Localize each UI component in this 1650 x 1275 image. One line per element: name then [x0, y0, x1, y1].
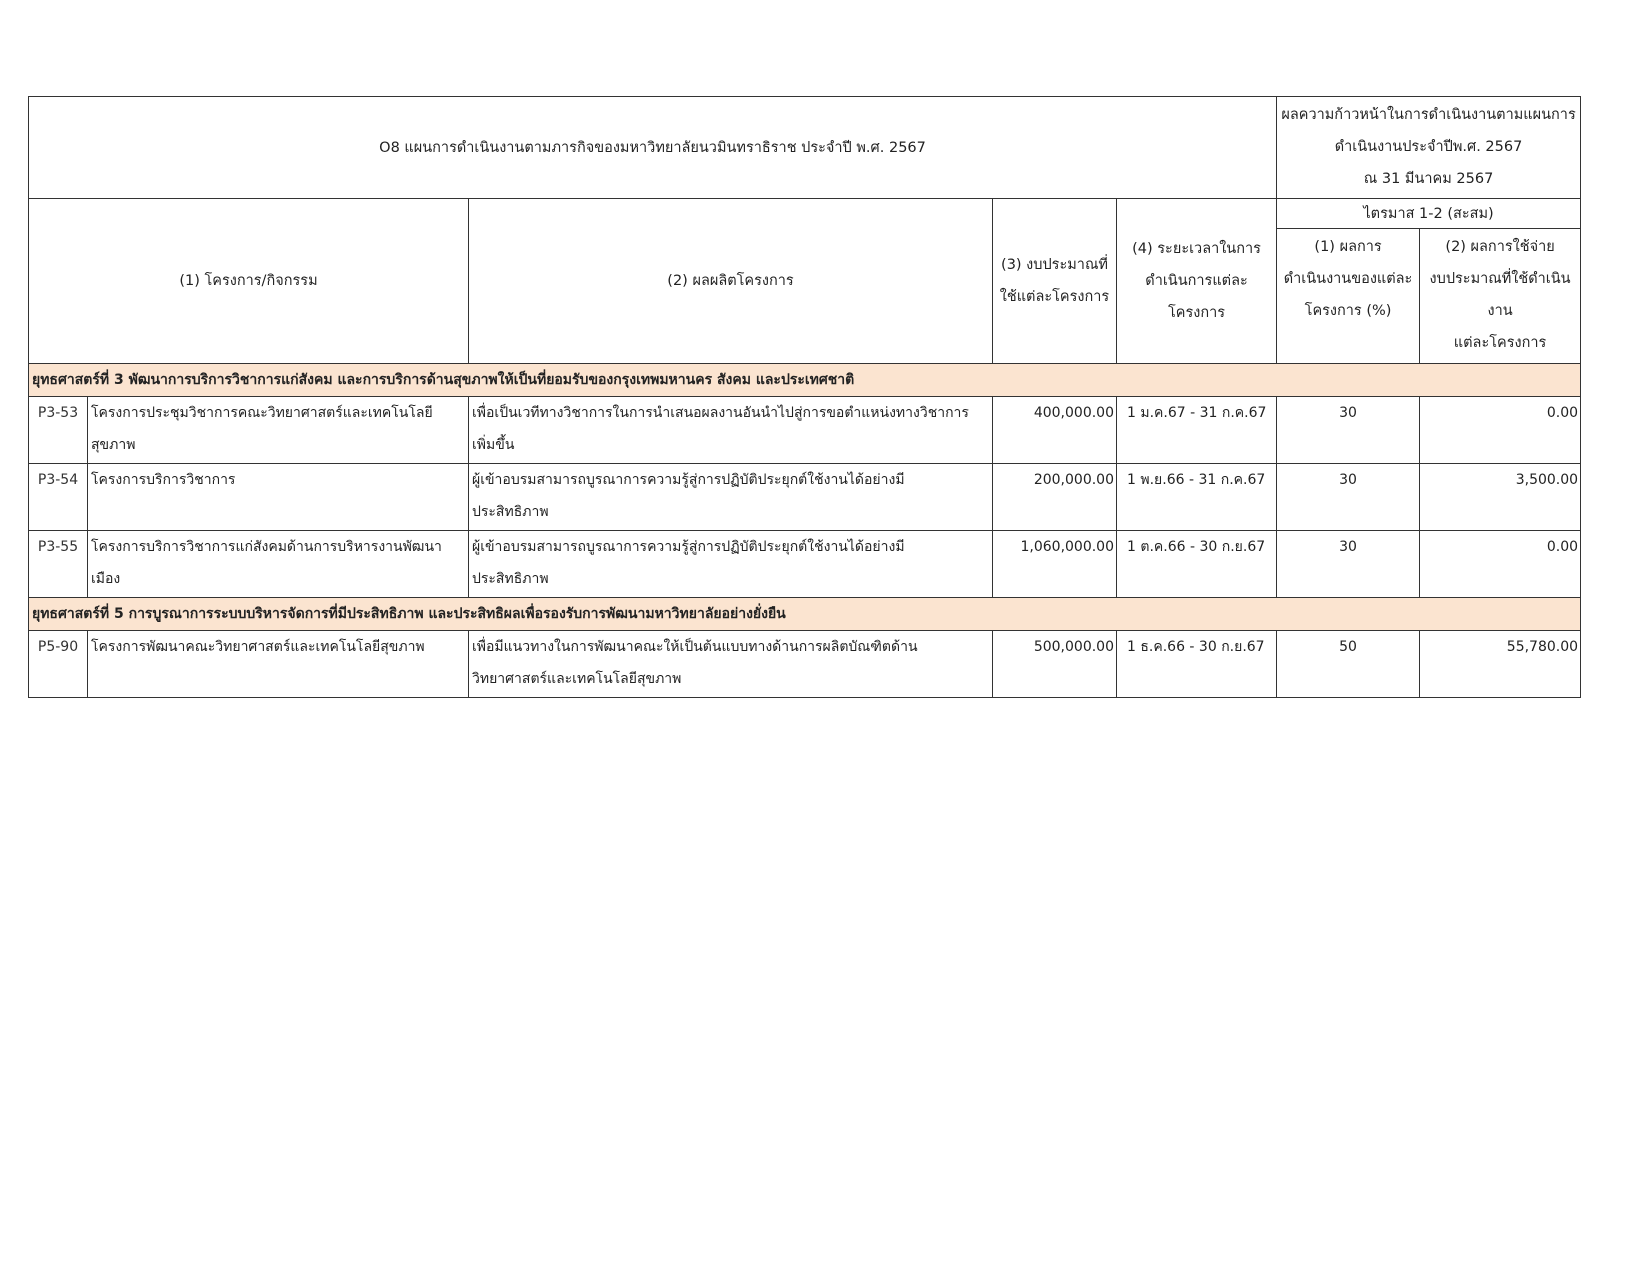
- period-header-line1: (4) ระยะเวลาในการ: [1120, 233, 1273, 265]
- project-code: P3-55: [29, 531, 88, 598]
- project-output: ผู้เข้าอบรมสามารถบูรณาการความรู้สู่การปฏ…: [469, 531, 993, 598]
- title-row: O8 แผนการดำเนินงานตามภารกิจของมหาวิทยาลั…: [29, 97, 1581, 199]
- project-code: P5-90: [29, 631, 88, 698]
- strategy-band: ยุทธศาสตร์ที่ 5 การบูรณาการระบบบริหารจัด…: [29, 598, 1581, 631]
- strategy-label: ยุทธศาสตร์ที่ 3 พัฒนาการบริการวิชาการแก่…: [29, 364, 1581, 397]
- spent-header-line2: งบประมาณที่ใช้ดำเนินงาน: [1423, 263, 1577, 327]
- project-spent: 55,780.00: [1420, 631, 1581, 698]
- progress-header-line2: ดำเนินงานของแต่ละ: [1280, 263, 1416, 295]
- project-progress: 30: [1277, 464, 1420, 531]
- project-period: 1 ธ.ค.66 - 30 ก.ย.67: [1117, 631, 1277, 698]
- budget-header-line1: (3) งบประมาณที่: [996, 249, 1113, 281]
- project-spent: 0.00: [1420, 531, 1581, 598]
- column-header-output: (2) ผลผลิตโครงการ: [469, 199, 993, 364]
- strategy-label: ยุทธศาสตร์ที่ 5 การบูรณาการระบบบริหารจัด…: [29, 598, 1581, 631]
- budget-header-line2: ใช้แต่ละโครงการ: [996, 281, 1113, 313]
- period-header-line3: โครงการ: [1120, 297, 1273, 329]
- project-code: P3-54: [29, 464, 88, 531]
- project-spent: 0.00: [1420, 397, 1581, 464]
- project-period: 1 ต.ค.66 - 30 ก.ย.67: [1117, 531, 1277, 598]
- project-period: 1 พ.ย.66 - 31 ก.ค.67: [1117, 464, 1277, 531]
- project-output: เพื่อมีแนวทางในการพัฒนาคณะให้เป็นต้นแบบท…: [469, 631, 993, 698]
- progress-header-line1: ผลความก้าวหน้าในการดำเนินงานตามแผนการ: [1280, 99, 1577, 131]
- progress-header-line3: ณ 31 มีนาคม 2567: [1280, 163, 1577, 195]
- project-budget: 1,060,000.00: [993, 531, 1117, 598]
- project-spent: 3,500.00: [1420, 464, 1581, 531]
- spent-header-line1: (2) ผลการใช้จ่าย: [1423, 231, 1577, 263]
- strategy-band: ยุทธศาสตร์ที่ 3 พัฒนาการบริการวิชาการแก่…: [29, 364, 1581, 397]
- column-header-row: (1) โครงการ/กิจกรรม (2) ผลผลิตโครงการ (3…: [29, 199, 1581, 229]
- column-header-progress: (1) ผลการ ดำเนินงานของแต่ละ โครงการ (%): [1277, 229, 1420, 364]
- table-row: P3-53 โครงการประชุมวิชาการคณะวิทยาศาสตร์…: [29, 397, 1581, 464]
- column-header-spent: (2) ผลการใช้จ่าย งบประมาณที่ใช้ดำเนินงาน…: [1420, 229, 1581, 364]
- progress-header-line2: ดำเนินงานประจำปีพ.ศ. 2567: [1280, 131, 1577, 163]
- project-progress: 50: [1277, 631, 1420, 698]
- project-name: โครงการพัฒนาคณะวิทยาศาสตร์และเทคโนโลยีสุ…: [88, 631, 469, 698]
- document-title: O8 แผนการดำเนินงานตามภารกิจของมหาวิทยาลั…: [29, 97, 1277, 199]
- column-header-project: (1) โครงการ/กิจกรรม: [29, 199, 469, 364]
- spent-header-line3: แต่ละโครงการ: [1423, 327, 1577, 359]
- project-output: ผู้เข้าอบรมสามารถบูรณาการความรู้สู่การปฏ…: [469, 464, 993, 531]
- project-period: 1 ม.ค.67 - 31 ก.ค.67: [1117, 397, 1277, 464]
- progress-header-line1: (1) ผลการ: [1280, 231, 1416, 263]
- project-name: โครงการประชุมวิชาการคณะวิทยาศาสตร์และเทค…: [88, 397, 469, 464]
- project-name: โครงการบริการวิชาการแก่สังคมด้านการบริหา…: [88, 531, 469, 598]
- project-progress: 30: [1277, 397, 1420, 464]
- table-row: P3-55 โครงการบริการวิชาการแก่สังคมด้านกา…: [29, 531, 1581, 598]
- project-progress: 30: [1277, 531, 1420, 598]
- project-budget: 500,000.00: [993, 631, 1117, 698]
- project-budget: 200,000.00: [993, 464, 1117, 531]
- project-name: โครงการบริการวิชาการ: [88, 464, 469, 531]
- table-row: P3-54 โครงการบริการวิชาการ ผู้เข้าอบรมสา…: [29, 464, 1581, 531]
- progress-header-line3: โครงการ (%): [1280, 295, 1416, 327]
- quarter-header: ไตรมาส 1-2 (สะสม): [1277, 199, 1581, 229]
- column-header-budget: (3) งบประมาณที่ ใช้แต่ละโครงการ: [993, 199, 1117, 364]
- period-header-line2: ดำเนินการแต่ละ: [1120, 265, 1273, 297]
- project-budget: 400,000.00: [993, 397, 1117, 464]
- project-code: P3-53: [29, 397, 88, 464]
- table-row: P5-90 โครงการพัฒนาคณะวิทยาศาสตร์และเทคโน…: [29, 631, 1581, 698]
- progress-report-header: ผลความก้าวหน้าในการดำเนินงานตามแผนการ ดำ…: [1277, 97, 1581, 199]
- column-header-period: (4) ระยะเวลาในการ ดำเนินการแต่ละ โครงการ: [1117, 199, 1277, 364]
- project-output: เพื่อเป็นเวทีทางวิชาการในการนำเสนอผลงานอ…: [469, 397, 993, 464]
- operation-plan-table: O8 แผนการดำเนินงานตามภารกิจของมหาวิทยาลั…: [28, 96, 1581, 698]
